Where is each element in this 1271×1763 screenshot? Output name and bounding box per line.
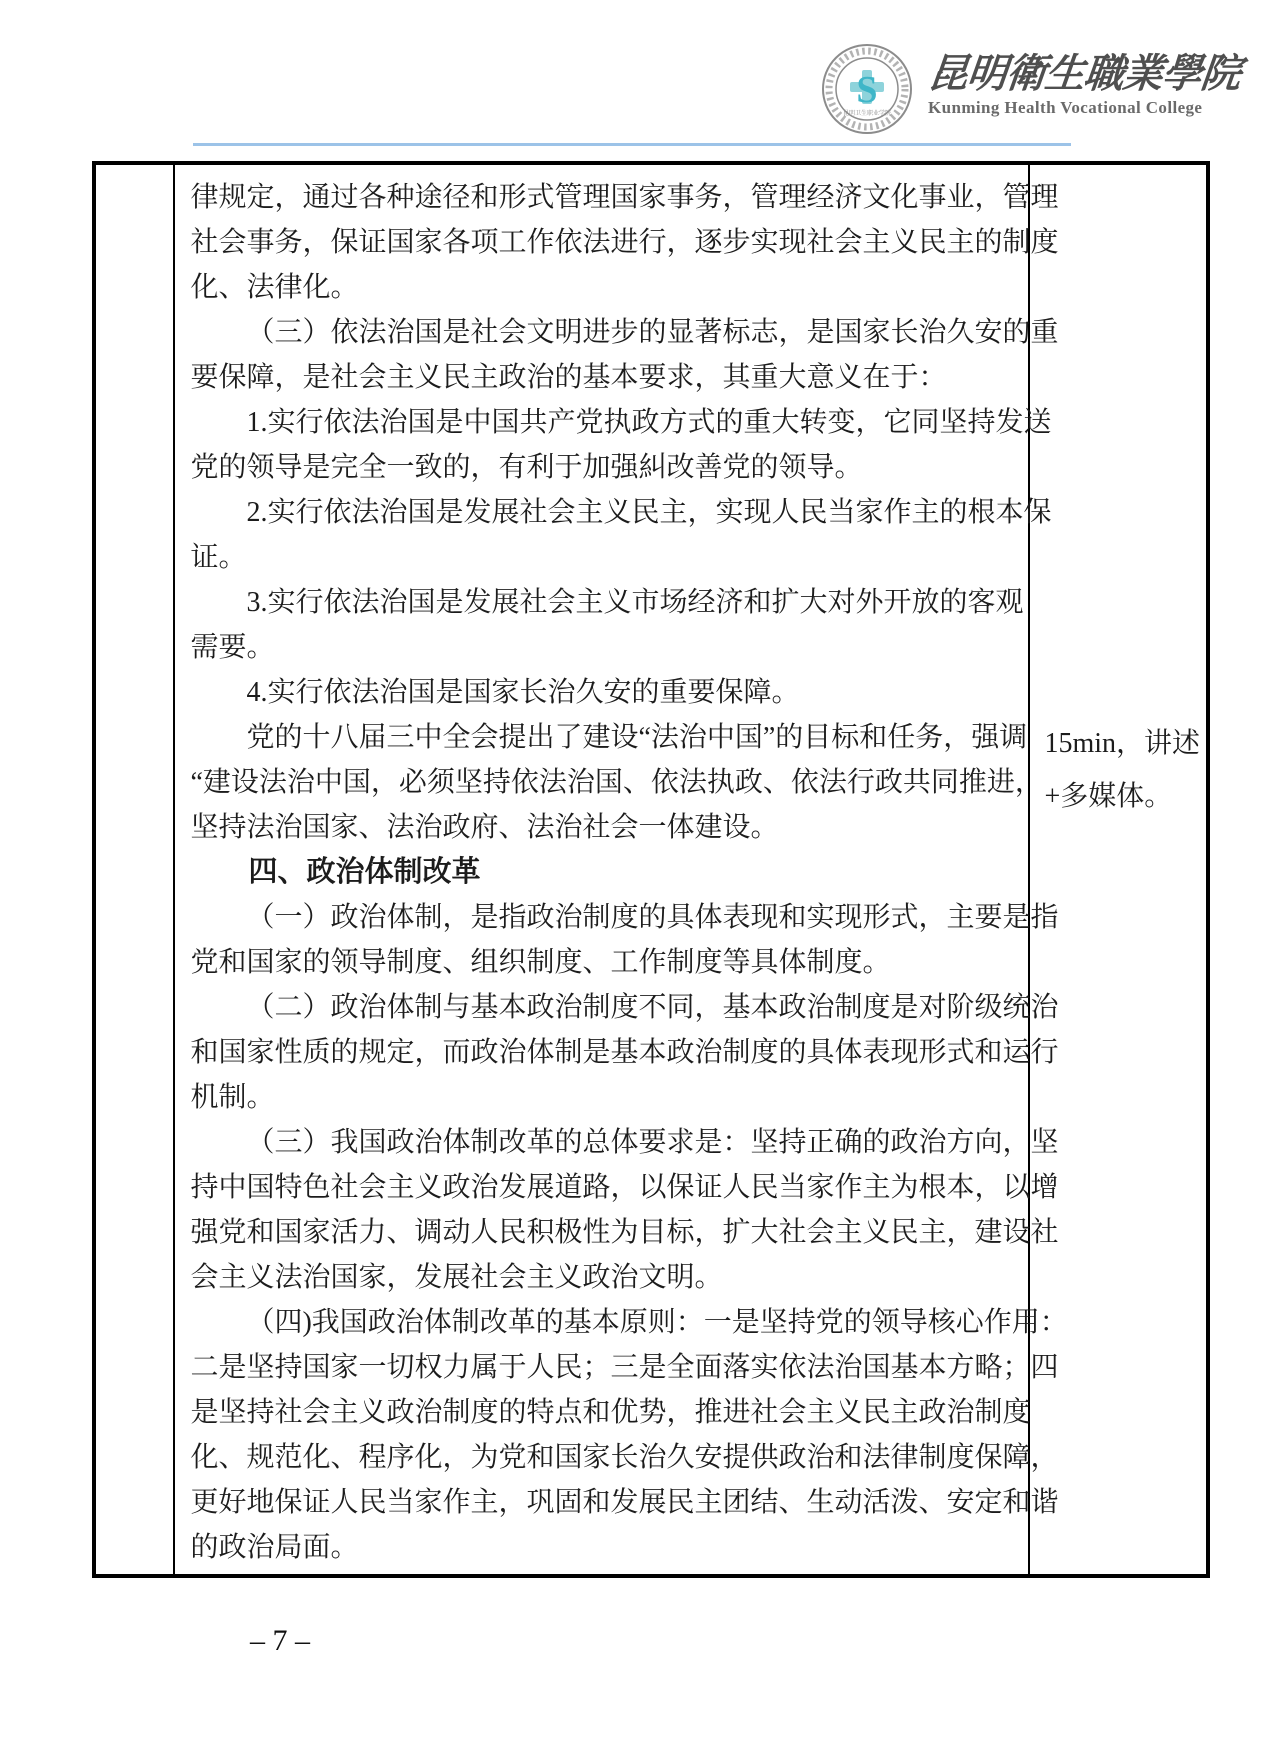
content-line: 二是坚持国家一切权力属于人民；三是全面落实依法治国基本方略；四 (190, 1345, 1016, 1390)
seal-letter: S (856, 69, 877, 111)
content-line: 持中国特色社会主义政治发展道路，以保证人民当家作主为根本，以增 (190, 1165, 1016, 1210)
page-header: S 昆明卫生职业学院 昆明衛生職業學院 Kunming Health Vocat… (0, 0, 1271, 160)
content-line: 的政治局面。 (190, 1525, 1016, 1570)
college-name-zh: 昆明衛生職業學院 (926, 52, 1231, 96)
time-method-line: 15min，讲述 (1044, 717, 1200, 770)
time-method-cell: 15min，讲述+多媒体。 (1030, 165, 1206, 1574)
lesson-plan-table: 律规定，通过各种途径和形式管理国家事务，管理经济文化事业，管理社会事务，保证国家… (92, 161, 1210, 1578)
content-line: 强党和国家活力、调动人民积极性为目标，扩大社会主义民主，建设社 (190, 1210, 1016, 1255)
content-line: 3.实行依法治国是发展社会主义市场经济和扩大对外开放的客观 (190, 580, 1016, 625)
table-cell-left-empty (96, 165, 175, 1574)
svg-text:昆明卫生职业学院: 昆明卫生职业学院 (843, 109, 891, 117)
content-line: 机制。 (190, 1075, 1016, 1120)
content-line: （二）政治体制与基本政治制度不同，基本政治制度是对阶级统治 (190, 985, 1016, 1030)
content-line: 社会事务，保证国家各项工作依法进行，逐步实现社会主义民主的制度 (190, 220, 1016, 265)
content-line: 和国家性质的规定，而政治体制是基本政治制度的具体表现形式和运行 (190, 1030, 1016, 1075)
page-number: – 7 – (205, 1624, 355, 1658)
content-line: 2.实行依法治国是发展社会主义民主，实现人民当家作主的根本保 (190, 490, 1016, 535)
content-line: 党的领导是完全一致的，有利于加强糾改善党的领导。 (190, 445, 1016, 490)
content-line: （一）政治体制，是指政治制度的具体表现和实现形式，主要是指 (190, 895, 1016, 940)
content-line: 坚持法治国家、法治政府、法治社会一体建设。 (190, 805, 1016, 850)
content-line: （三）依法治国是社会文明进步的显著标志，是国家长治久安的重 (190, 310, 1016, 355)
content-line: 是坚持社会主义政治制度的特点和优势，推进社会主义民主政治制度 (190, 1390, 1016, 1435)
content-line: 证。 (190, 535, 1016, 580)
college-seal-icon: S 昆明卫生职业学院 (820, 42, 914, 136)
college-seal-logo: S 昆明卫生职业学院 (820, 42, 914, 136)
content-line: 律规定，通过各种途径和形式管理国家事务，管理经济文化事业，管理 (190, 175, 1016, 220)
content-line: 更好地保证人民当家作主，巩固和发展民主团结、生动活泼、安定和谐 (190, 1480, 1016, 1525)
content-line: （三）我国政治体制改革的总体要求是：坚持正确的政治方向，坚 (190, 1120, 1016, 1165)
header-divider-rule (193, 143, 1071, 146)
content-line: 4.实行依法治国是国家长治久安的重要保障。 (190, 670, 1016, 715)
content-line: （四)我国政治体制改革的基本原则：一是坚持党的领导核心作用： (190, 1300, 1016, 1345)
main-cell: 律规定，通过各种途径和形式管理国家事务，管理经济文化事业，管理社会事务，保证国家… (175, 165, 1030, 1574)
content-line: 化、规范化、程序化，为党和国家长治久安提供政治和法律制度保障， (190, 1435, 1016, 1480)
college-brand: 昆明衛生職業學院 Kunming Health Vocational Colle… (928, 52, 1228, 118)
content-line: 党的十八届三中全会提出了建设“法治中国”的目标和任务，强调 (190, 715, 1016, 760)
content-line: 党和国家的领导制度、组织制度、工作制度等具体制度。 (190, 940, 1016, 985)
content-line: 1.实行依法治国是中国共产党执政方式的重大转变，它同坚持发送 (190, 400, 1016, 445)
content-line: 需要。 (190, 625, 1016, 670)
college-name-en: Kunming Health Vocational College (928, 98, 1228, 118)
content-line: “建设法治中国，必须坚持依法治国、依法执政、依法行政共同推进， (190, 760, 1016, 805)
section-heading: 四、政治体制改革 (190, 850, 1016, 895)
content-line: 要保障，是社会主义民主政治的基本要求，其重大意义在于： (190, 355, 1016, 400)
time-method-line: +多媒体。 (1044, 770, 1200, 823)
content-line: 会主义法治国家，发展社会主义政治文明。 (190, 1255, 1016, 1300)
content-line: 化、法律化。 (190, 265, 1016, 310)
document-page: { "header": { "college_name_zh": "昆明衛生職業… (0, 0, 1271, 1763)
